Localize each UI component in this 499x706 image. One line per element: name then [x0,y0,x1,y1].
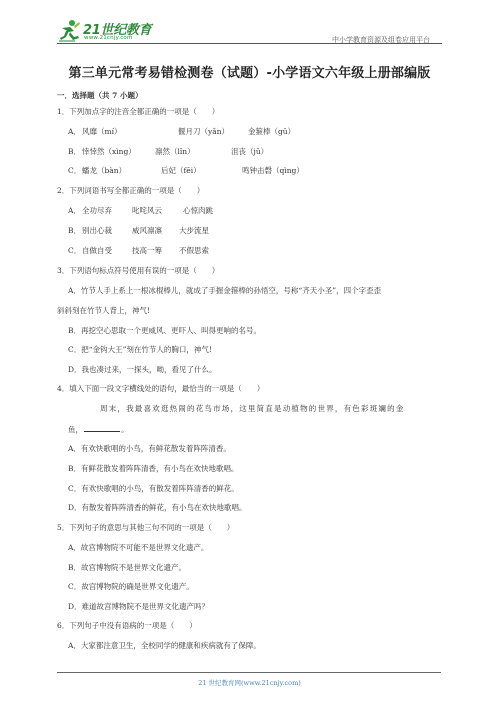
option-label: D． [68,503,82,512]
question-2-option-a: A． 全功尽弃 叱咤风云 心惊肉跳 [68,206,488,216]
option-text: 有欢快歌唱的小鸟，有散发着阵阵清香的鲜花。 [81,484,239,493]
option-text: 有鲜花散发着阵阵清香，有小鸟在欢快地歌唱。 [81,464,239,473]
option-label: C． [68,166,81,175]
question-3-stem: 3．下列语句标点符号使用有误的一项是（ ） [57,266,219,276]
section-heading: 一．选择题（共 7 小题） [57,90,142,101]
question-4-option-c: C．有欢快歌唱的小鸟，有散发着阵阵清香的鲜花。 [68,484,239,494]
option-item: 沮丧（jǔ） [231,147,268,157]
option-text: 难道故宫博物院不是世界文化遗产吗？ [82,602,210,611]
option-label: B． [68,563,81,572]
question-6-stem: 6．下列句子中没有语病的一项是（ ） [57,621,197,631]
option-item: 全功尽弃 [82,206,112,216]
option-label: B． [68,326,81,335]
option-text: 竹节人手上系上一根冰棍棒儿，就成了手握金箍棒的孙悟空，号称“齐天小圣”，四个字歪… [81,286,381,295]
page-header: 21世纪教育 www.21cnjy.com 中小学教育资源及组卷应用平台 [0,0,499,50]
option-label: B． [68,226,81,235]
option-label: D． [68,602,82,611]
option-item: 风靡（mí） [82,127,122,137]
option-label: B． [68,147,81,156]
question-3-option-a: A．竹节人手上系上一根冰棍棒儿，就成了手握金箍棒的孙悟空，号称“齐天小圣”，四个… [68,286,381,296]
question-4-passage: 周末，我最喜欢逛热闹的花鸟市场，这里简直是动植物的世界，有色彩斑斓的金 [100,404,405,414]
question-5-stem: 5．下列句子的意思与其他三句不同的一项是（ ） [57,523,234,533]
question-4-option-d: D．有散发着阵阵清香的鲜花，有小鸟在欢快地歌唱。 [68,503,247,513]
question-2-option-b: B． 别出心裁 威风凛凛 大步流星 [68,226,488,236]
passage-text: 鱼， [68,425,83,434]
question-5-option-a: A．故宫博物院不可能不是世界文化遗产。 [68,543,208,553]
question-3-option-d: D．我也凑过来，一探头，呦，看见了什么。 [68,365,217,375]
option-label: B． [68,464,81,473]
option-label: A． [68,641,81,650]
question-5-option-c: C．故宫博物院的确是世界文化遗产。 [68,582,194,592]
option-text: 再挖空心思取一个更威风、更吓人、叫得更响的名号。 [81,326,261,335]
option-item: 偃月刀（yǎn） [178,127,229,137]
option-text: 我也凑过来，一探头，呦，看见了什么。 [82,365,217,374]
question-3-option-b: B．再挖空心思取一个更威风、更吓人、叫得更响的名号。 [68,326,261,336]
footer-divider [57,672,441,673]
question-1-option-b: B． 悻悻然（xìng） 凛然（lǐn） 沮丧（jǔ） [68,147,488,157]
option-text: 有散发着阵阵清香的鲜花，有小鸟在欢快地歌唱。 [82,503,247,512]
option-text: 大家都注意卫生，全校同学的健康和疾病就有了保障。 [81,641,261,650]
option-text: 故宫博物院不可能不是世界文化遗产。 [81,543,209,552]
option-label: C． [68,345,81,354]
option-label: D． [68,365,82,374]
option-label: A． [68,206,81,215]
runner-logo-icon [57,18,81,44]
option-item: 技高一筹 [132,246,162,256]
question-2-option-c: C． 自做自受 技高一筹 不假思索 [68,246,488,256]
option-item: 凛然（lǐn） [155,147,195,157]
question-4-option-b: B．有鲜花散发着阵阵清香，有小鸟在欢快地歌唱。 [68,464,239,474]
passage-text: 。 [121,425,129,434]
option-item: 鸣钟击磬（qìng） [242,166,304,176]
option-text: 有欢快歌唱的小鸟，有鲜花散发着阵阵清香。 [81,444,231,453]
logo-url: www.21cnjy.com [84,35,133,41]
option-label: A． [68,444,81,453]
logo: 21世纪教育 www.21cnjy.com [57,18,157,44]
question-1-option-c: C． 蟠龙（bàn） 后妃（fēi） 鸣钟击磬（qìng） [68,166,488,176]
question-5-option-d: D．难道故宫博物院不是世界文化遗产吗？ [68,602,209,612]
option-text: 故宫博物院不是世界文化遗产。 [81,563,186,572]
header-divider [57,43,442,44]
question-1-stem: 1．下列加点字的注音全都正确的一项是（ ） [57,107,219,117]
question-3-option-a-continued: 斜斜刻在竹节人背上，神气! [57,306,150,316]
question-4-stem: 4．填入下面一段文字横线处的语句，最恰当的一项是（ ） [57,384,264,394]
option-label: C． [68,484,81,493]
option-item: 蟠龙（bàn） [82,166,126,176]
option-item: 金箍棒（gū） [248,127,295,137]
option-label: C． [68,582,81,591]
option-item: 大步流星 [179,226,209,236]
question-6-option-a: A．大家都注意卫生，全校同学的健康和疾病就有了保障。 [68,641,261,651]
fill-blank [84,424,120,432]
option-label: A． [68,127,81,136]
option-label: A． [68,543,81,552]
question-3-option-c: C．把“金钩大王”刻在竹节人的胸口，神气! [68,345,212,355]
option-text: 把“金钩大王”刻在竹节人的胸口，神气! [81,345,212,354]
page-title: 第三单元常考易错检测卷（试题）-小学语文六年级上册部编版 [0,62,499,81]
option-item: 别出心裁 [82,226,112,236]
option-item: 心惊肉跳 [183,206,213,216]
question-2-stem: 2．下列词语书写全都正确的一项是（ ） [57,186,204,196]
option-item: 威风凛凛 [132,226,162,236]
option-label: A． [68,286,81,295]
option-item: 后妃（fēi） [161,166,201,176]
option-label: C． [68,246,81,255]
question-4-option-a: A．有欢快歌唱的小鸟，有鲜花散发着阵阵清香。 [68,444,231,454]
option-item: 悻悻然（xìng） [82,147,136,157]
question-4-passage-continued: 鱼，。 [68,424,129,435]
question-5-option-b: B．故宫博物院不是世界文化遗产。 [68,563,186,573]
option-item: 叱咤风云 [132,206,162,216]
option-text: 故宫博物院的确是世界文化遗产。 [81,582,194,591]
option-item: 不假思索 [179,246,209,256]
footer-text: 21 世纪教育网(www.21cnjy.com) [0,678,499,687]
question-1-option-a: A． 风靡（mí） 偃月刀（yǎn） 金箍棒（gū） [68,127,488,137]
option-item: 自做自受 [82,246,112,256]
